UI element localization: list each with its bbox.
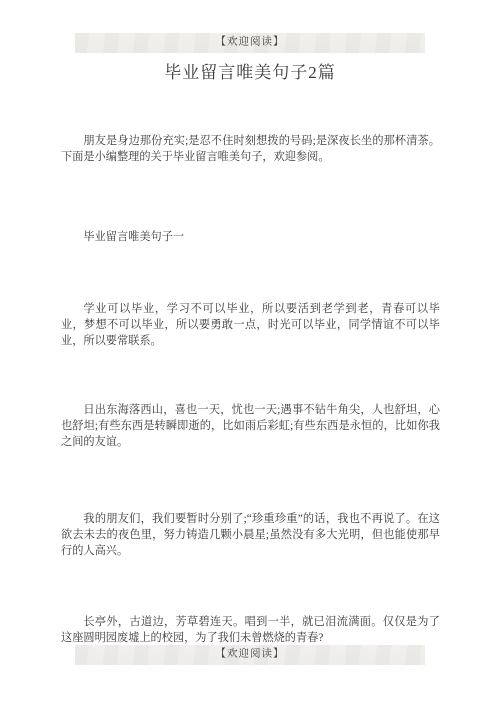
document-body: 朋友是身边那份充实;是忍不住时刻想拨的号码;是深夜长坐的那杯清茶。下面是小编整理…	[61, 133, 440, 646]
section-heading-1: 毕业留言唯美句子一	[61, 229, 440, 245]
paragraph-pavilion: 长亭外，古道边，芳草碧连天。唱到一半，就已泪流满面。仅仅是为了这座圆明园废墟上的…	[61, 614, 440, 646]
footer-banner-text: 【欢迎阅读】	[216, 649, 285, 660]
page-title: 毕业留言唯美句子2篇	[0, 58, 500, 83]
paragraph-sunrise: 日出东海落西山，喜也一天，忧也一天;遇事不钻牛角尖，人也舒坦，心也舒坦;有些东西…	[61, 402, 440, 450]
paragraph-intro: 朋友是身边那份充实;是忍不住时刻想拨的号码;是深夜长坐的那杯清茶。下面是小编整理…	[61, 133, 440, 165]
header-banner-text: 【欢迎阅读】	[216, 37, 285, 48]
header-banner: 【欢迎阅读】	[75, 33, 425, 53]
paragraph-study: 学业可以毕业，学习不可以毕业，所以要活到老学到老，青春可以毕业，梦想不可以毕业，…	[61, 301, 440, 349]
paragraph-friends: 我的朋友们，我们要暂时分别了;“珍重珍重”的话，我也不再说了。在这欲去未去的夜色…	[61, 511, 440, 559]
document-page: 【欢迎阅读】 毕业留言唯美句子2篇 朋友是身边那份充实;是忍不住时刻想拨的号码;…	[0, 0, 500, 707]
footer-banner: 【欢迎阅读】	[75, 645, 425, 665]
